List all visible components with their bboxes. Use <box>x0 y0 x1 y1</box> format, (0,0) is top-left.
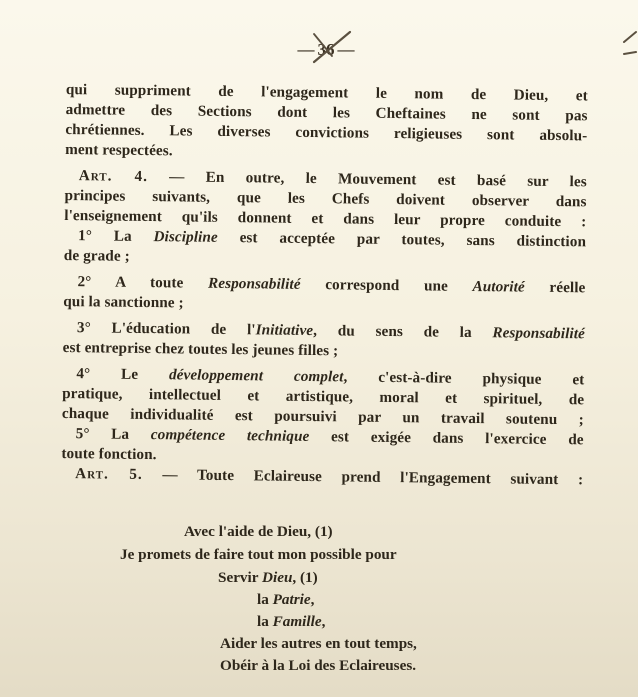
article-4: Art. 4. — En outre, le Mouvement est bas… <box>64 166 587 232</box>
principle-2: 2° A toute Responsabilité correspond une… <box>63 272 585 318</box>
paragraph-continuation: qui suppriment de l'engagement le nom de… <box>65 80 588 166</box>
article-label: Art. 4. <box>79 167 148 185</box>
pledge-line: Obéir à la Loi des Eclaireuses. <box>220 656 416 676</box>
pencil-cross-mark-icon <box>306 26 356 66</box>
pledge-line: la Famille, <box>257 612 325 632</box>
article-label: Art. 5. <box>75 465 143 483</box>
pledge-line: Je promets de faire tout mon possible po… <box>120 545 397 565</box>
principle-4: 4° Le développement complet, c'est-à-dir… <box>62 364 585 430</box>
scanned-book-page: — 36 — qui suppriment de l'engagement le… <box>0 0 638 697</box>
body-text: qui suppriment de l'engagement le nom de… <box>61 80 588 490</box>
principle-3: 3° L'éducation de l'Initiative, du sens … <box>63 318 585 364</box>
pledge-line: la Patrie, <box>257 590 314 610</box>
pencil-edge-mark-icon <box>622 28 638 68</box>
pledge-line: Servir Dieu, (1) <box>218 568 318 588</box>
pledge-line: Avec l'aide de Dieu, (1) <box>184 522 333 542</box>
pledge-line: Aider les autres en tout temps, <box>220 634 417 654</box>
principle-5: 5° La compétence technique est exigée da… <box>61 424 583 470</box>
principle-1: 1° La Discipline est acceptée par toutes… <box>64 226 586 272</box>
